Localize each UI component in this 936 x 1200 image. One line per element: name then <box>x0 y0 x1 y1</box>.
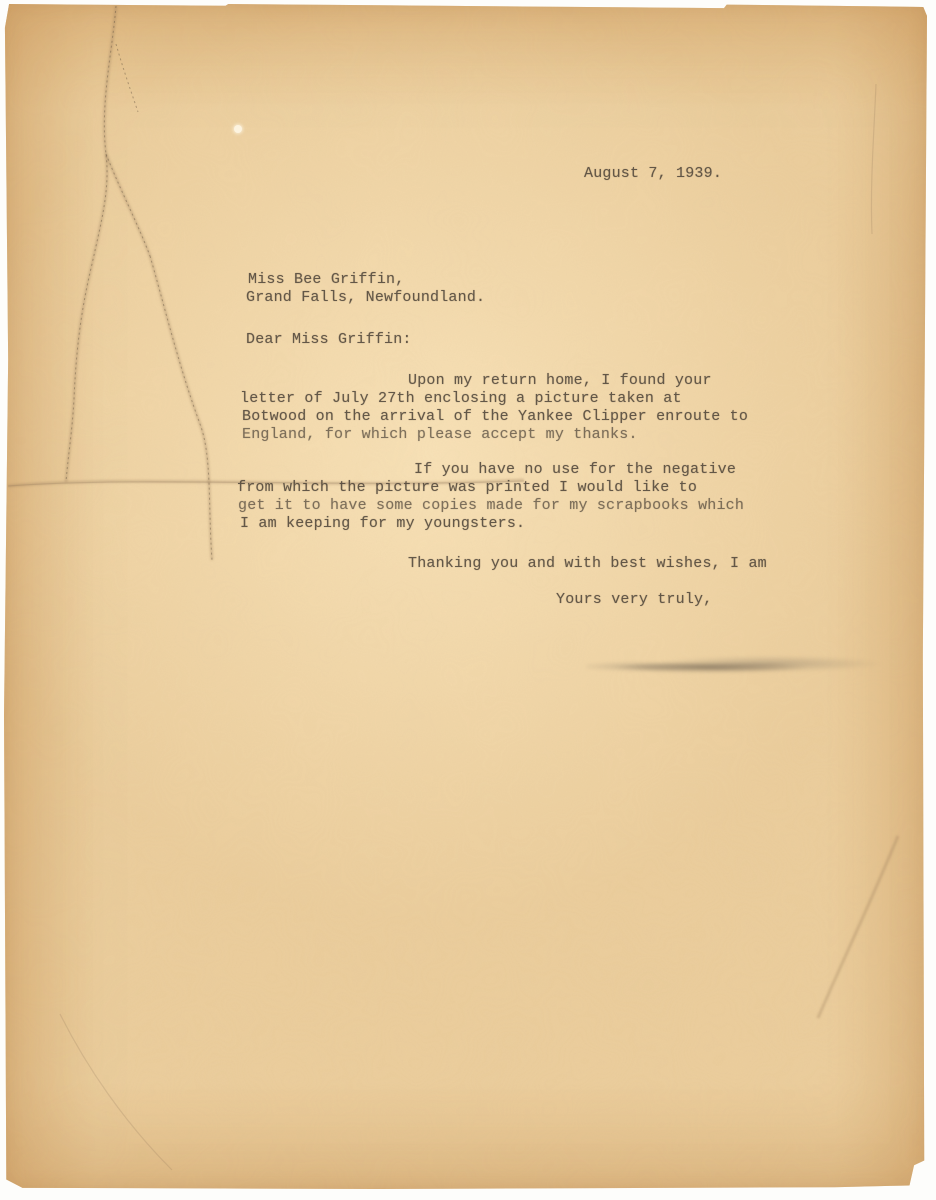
erased-signature-smudge <box>586 650 882 680</box>
paragraph1-line2: letter of July 27th enclosing a picture … <box>240 391 682 406</box>
paragraph2-line4: I am keeping for my youngsters. <box>240 516 525 531</box>
salutation-line: Dear Miss Griffin: <box>246 332 412 347</box>
scanned-letter-image: August 7, 1939. Miss Bee Griffin, Grand … <box>0 0 936 1200</box>
paragraph2-line3: get it to have some copies made for my s… <box>238 498 744 513</box>
crease-marks <box>4 4 927 1189</box>
paragraph1-line3: Botwood on the arrival of the Yankee Cli… <box>242 409 748 424</box>
recipient-place-line: Grand Falls, Newfoundland. <box>246 290 485 305</box>
letter-paper: August 7, 1939. Miss Bee Griffin, Grand … <box>4 4 927 1189</box>
paper-fleck <box>234 125 242 133</box>
date-line: August 7, 1939. <box>584 166 722 181</box>
valediction-line: Yours very truly, <box>556 592 712 607</box>
paragraph2-line1: If you have no use for the negative <box>414 462 736 477</box>
paragraph1-line4: England, for which please accept my than… <box>242 427 638 442</box>
paragraph1-line1: Upon my return home, I found your <box>408 373 712 388</box>
paragraph2-line2: from which the picture was printed I wou… <box>237 480 697 495</box>
recipient-name-line: Miss Bee Griffin, <box>248 272 404 287</box>
closing-line: Thanking you and with best wishes, I am <box>408 556 767 571</box>
